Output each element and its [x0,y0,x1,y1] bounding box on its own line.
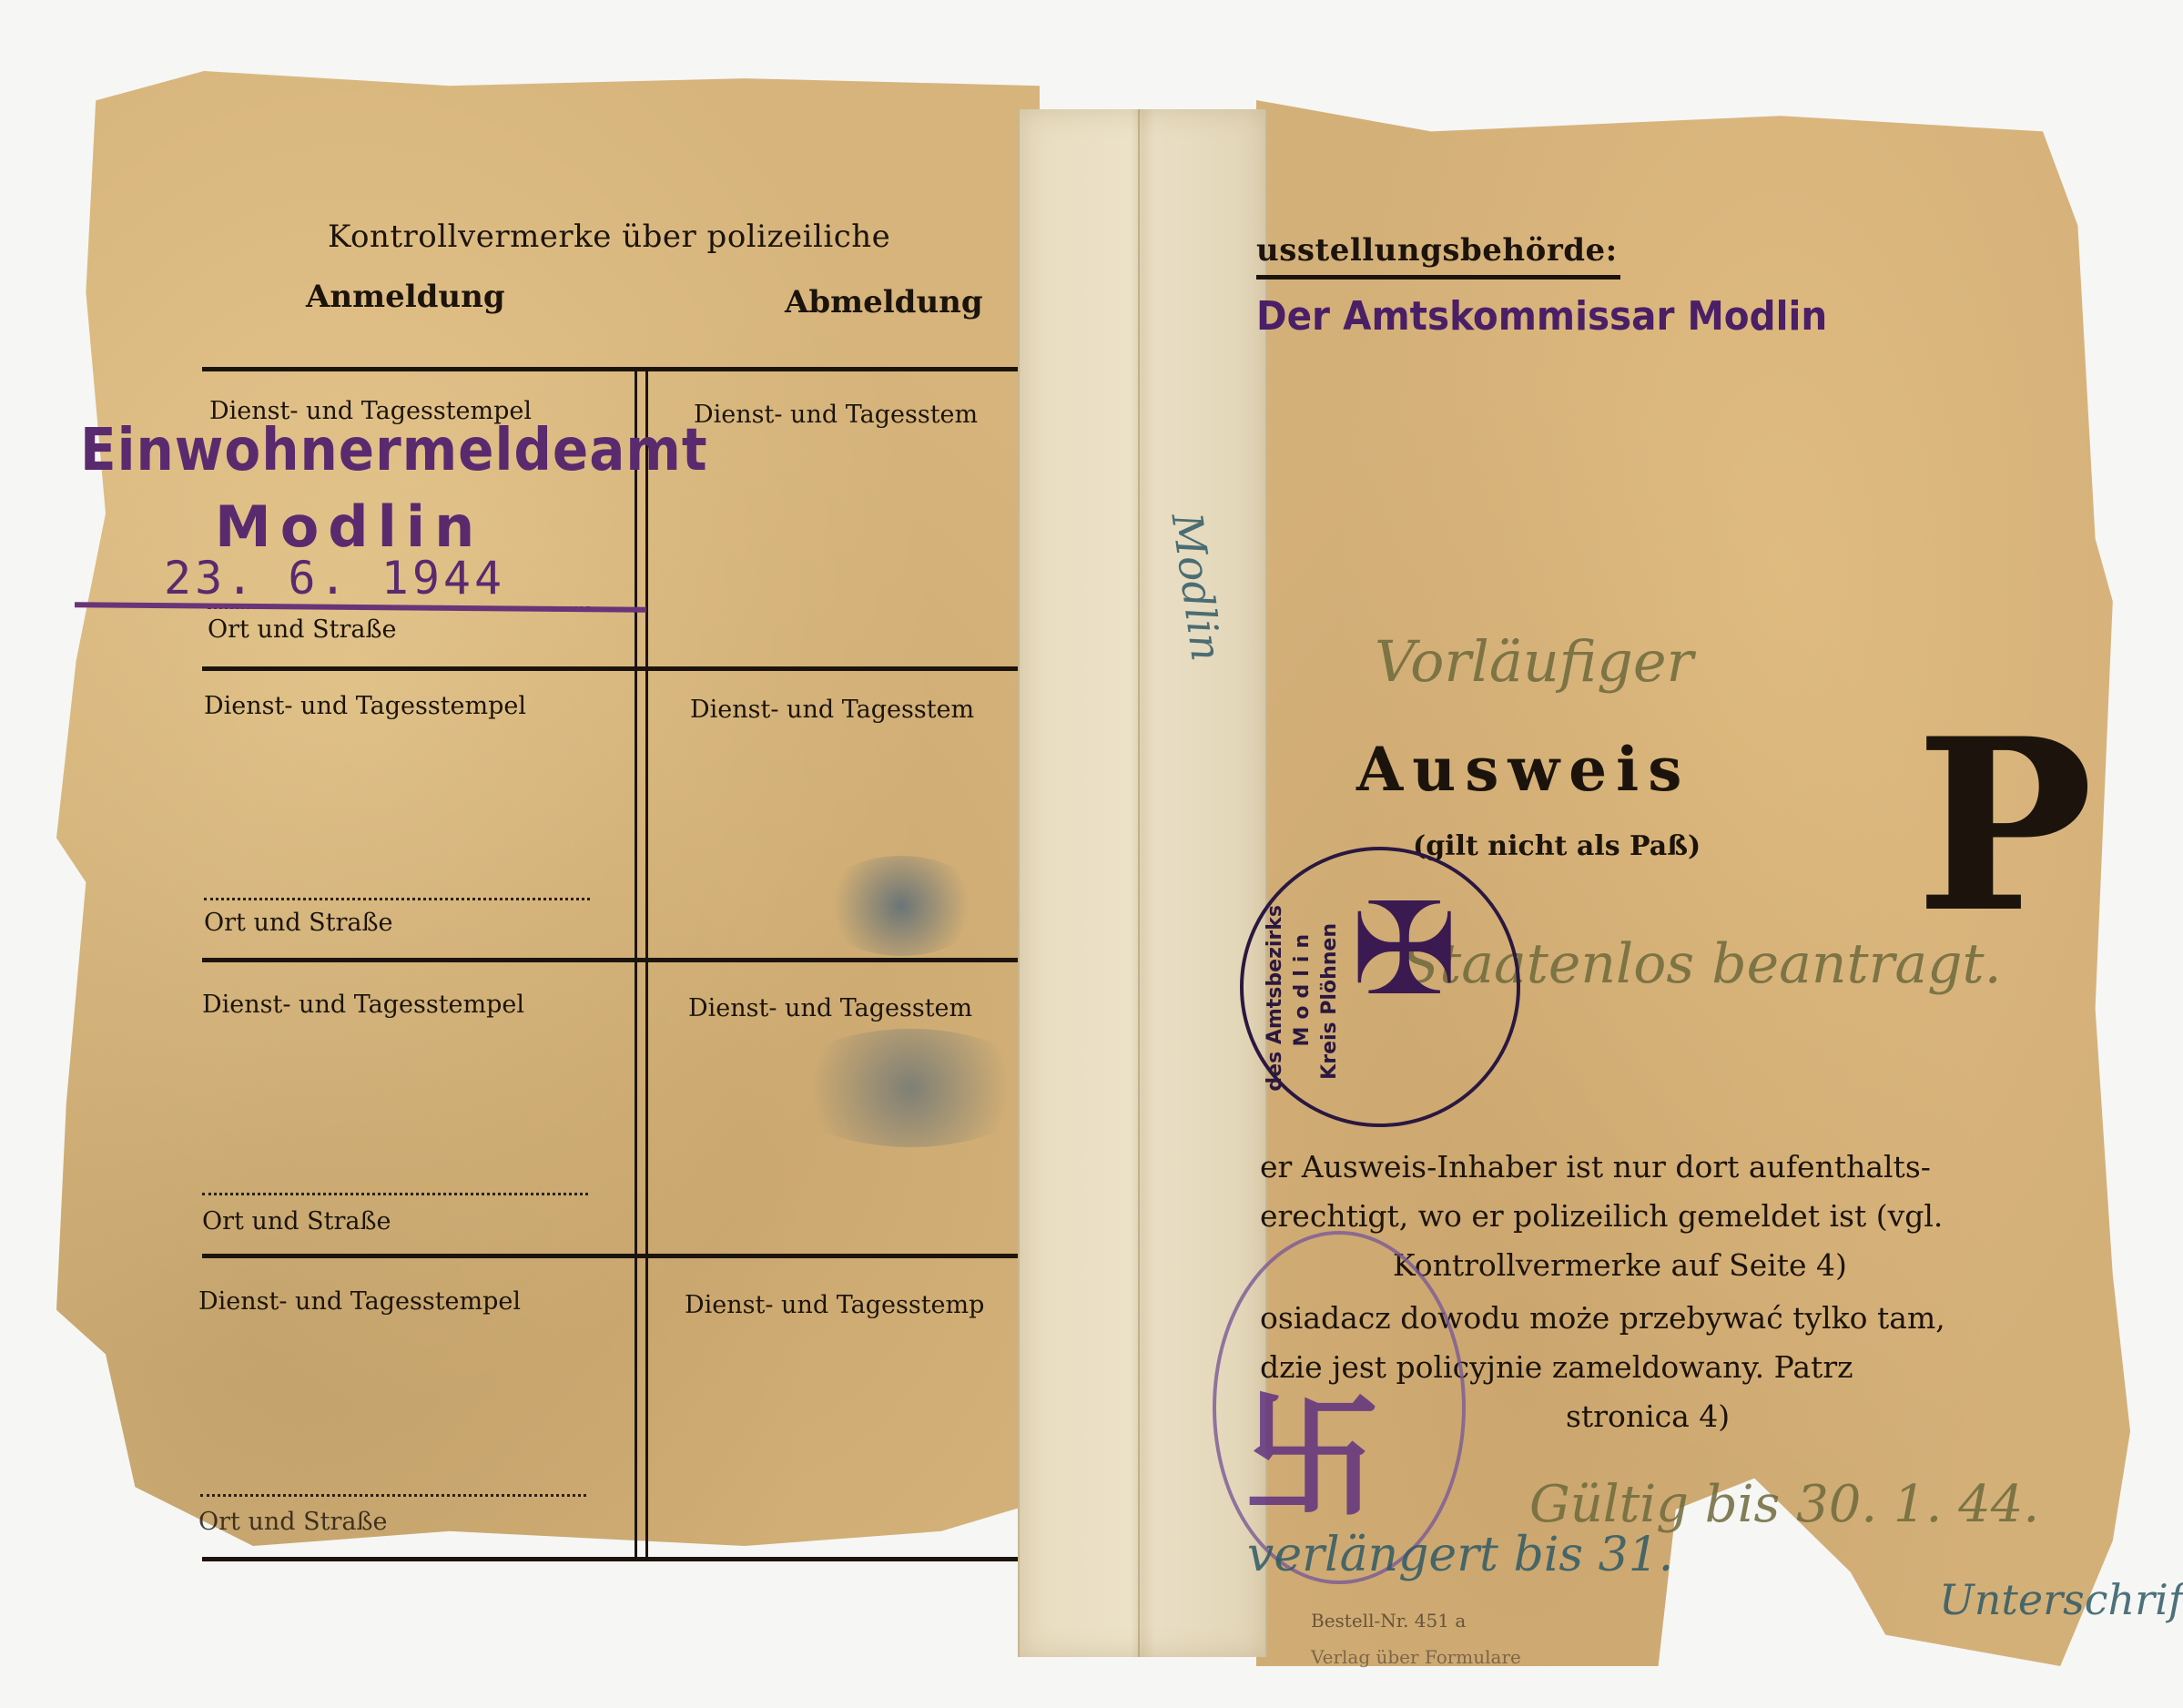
issuer-rule [1256,275,1620,280]
notice-pl-line: stronica 4) [1566,1398,1730,1434]
issuer-stamp: Der Amtskommissar Modlin [1256,293,1827,340]
cell-footer-ort: Ort und Straße [208,615,396,644]
table-column-divider [635,370,648,1557]
dotted-line [200,1494,586,1497]
dotted-line [204,898,590,900]
eagle-emblem-icon: ✠ [1351,887,1457,1014]
table-row-rule [202,1254,1021,1258]
notice-de-line: Kontrollvermerke auf Seite 4) [1393,1247,1847,1283]
handwritten-vorlaeufiger: Vorläufiger [1375,628,1693,695]
document-title: Ausweis [1356,734,1691,805]
handwritten-extension: verlängert bis 31. [1247,1528,1673,1582]
form-publisher: Verlag über Formulare [1311,1646,1521,1668]
cell-footer-ort: Ort und Straße [198,1508,387,1536]
official-seal-amtsbezirk: des Amtsbezirks Modlin Kreis Plöhnen ✠ [1240,847,1520,1127]
cell-footer-ort: Ort und Straße [204,909,392,937]
document-subtitle: (gilt nicht als Paß) [1413,830,1701,862]
seal-text-line: Kreis Plöhnen [1318,923,1341,1080]
table-bottom-rule [202,1557,1021,1561]
column-header-abmeldung: Abmeldung [785,284,983,320]
cell-label-abmeldung: Dienst- und Tagesstem [690,696,974,724]
left-page-heading: Kontrollvermerke über polizeiliche [328,219,890,255]
notice-de-line: erechtigt, wo er polizeilich gemeldet is… [1260,1198,1943,1234]
cell-label-anmeldung: Dienst- und Tagesstempel [202,991,524,1019]
column-header-anmeldung: Anmeldung [306,279,505,315]
table-row-rule [202,666,1021,671]
handwritten-signature: Unterschrift [1939,1575,2183,1624]
cell-label-abmeldung: Dienst- und Tagesstem [694,401,978,429]
ink-blot [783,1029,1038,1147]
issuer-label: usstellungsbehörde: [1256,232,1618,269]
eagle-swastika-emblem-icon: 卐 [1244,1389,1380,1526]
table-row-rule [202,958,1021,962]
cell-footer-ort: Ort und Straße [202,1207,391,1235]
seal-text-line: des Amtsbezirks [1264,905,1286,1092]
dotted-line [202,1193,588,1195]
cell-label-abmeldung: Dienst- und Tagesstem [688,994,972,1022]
cell-label-anmeldung: Dienst- und Tagesstempel [204,692,526,720]
cell-label-anmeldung: Dienst- und Tagesstempel [198,1287,521,1316]
registration-stamp-town: Modlin [215,493,483,560]
registration-stamp-date: 23. 6. 1944 [164,552,505,605]
notice-de-line: er Ausweis-Inhaber ist nur dort aufentha… [1260,1149,1931,1184]
ink-blot [819,856,983,956]
tape-fold [1138,109,1140,1657]
handwritten-validity: Gültig bis 30. 1. 44. [1529,1475,2039,1534]
cell-label-abmeldung: Dienst- und Tagesstemp [685,1291,984,1319]
registration-stamp-office: Einwohnermeldeamt [80,416,708,484]
form-number: Bestell-Nr. 451 a [1311,1610,1466,1632]
table-top-rule [202,367,1021,371]
seal-text-line: Modlin [1291,927,1314,1047]
category-letter-p: P [1915,708,2094,945]
